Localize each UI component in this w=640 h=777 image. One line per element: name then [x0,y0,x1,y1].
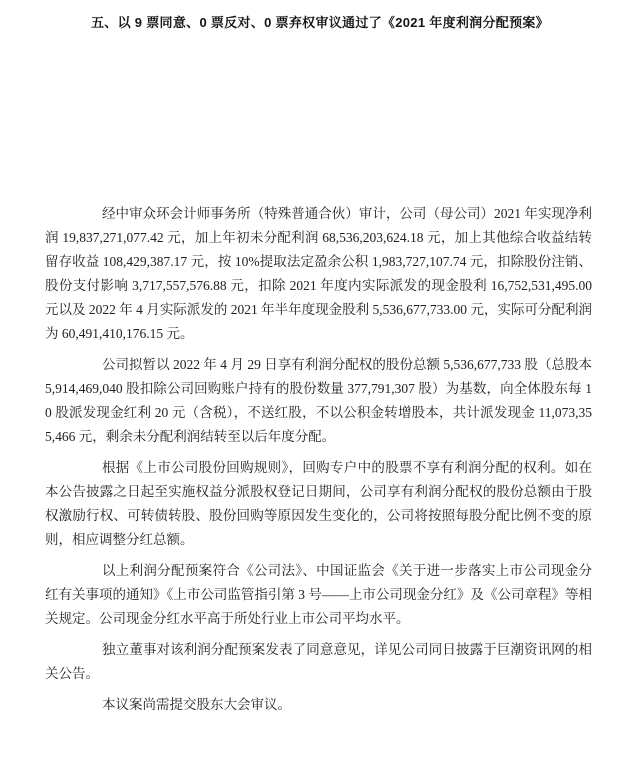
paragraph-regulation-compliance: 以上利润分配预案符合《公司法》、中国证监会《关于进一步落实上市公司现金分红有关事… [45,559,592,631]
document-body: 经中审众环会计师事务所（特殊普通合伙）审计，公司（母公司）2021 年实现净利润… [45,202,592,717]
document-page: 五、以 9 票同意、0 票反对、0 票弃权审议通过了《2021 年度利润分配预案… [0,0,640,777]
paragraph-shareholder-meeting-note: 本议案尚需提交股东大会审议。 [45,693,592,717]
paragraph-audit-profit-summary: 经中审众环会计师事务所（特殊普通合伙）审计，公司（母公司）2021 年实现净利润… [45,202,592,346]
resolution-title: 五、以 9 票同意、0 票反对、0 票弃权审议通过了《2021 年度利润分配预案… [0,0,640,32]
paragraph-distribution-plan: 公司拟暂以 2022 年 4 月 29 日享有利润分配权的股份总额 5,536,… [45,353,592,449]
paragraph-independent-directors-opinion: 独立董事对该利润分配预案发表了同意意见，详见公司同日披露于巨潮资讯网的相关公告。 [45,638,592,686]
paragraph-buyback-rule: 根据《上市公司股份回购规则》，回购专户中的股票不享有利润分配的权利。如在本公告披… [45,456,592,552]
